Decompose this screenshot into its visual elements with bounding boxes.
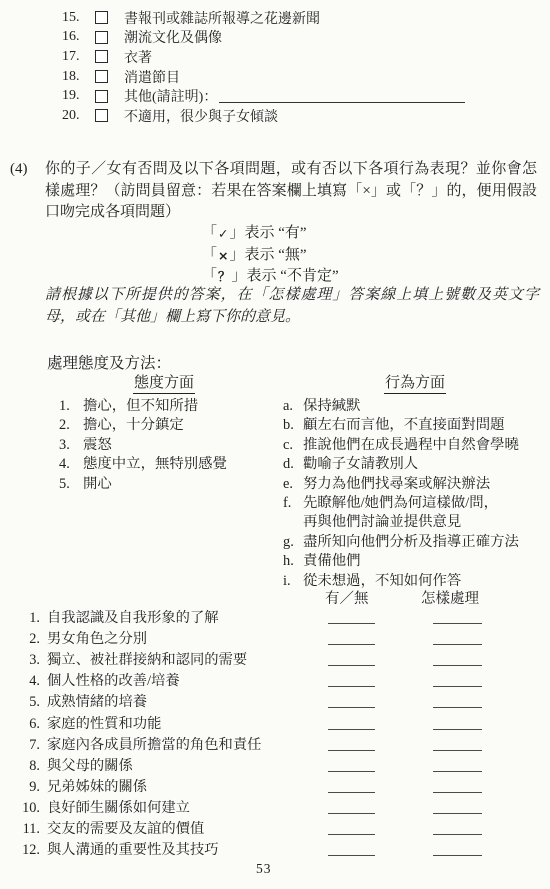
behaviour-item-continuation: 再與他們討論並提供意見 bbox=[283, 513, 547, 532]
item-text: 努力為他們找尋案或解決辦法 bbox=[303, 475, 547, 494]
item-text: 責備他們 bbox=[303, 552, 547, 571]
question-4: (4) 你的子／女有否問及以下各項問題，或有否以下各項行為表現？並你會怎樣處理？… bbox=[10, 159, 537, 224]
item-label: 書報刊或雜誌所報導之花邊新聞 bbox=[124, 8, 320, 28]
how-handle-blank[interactable] bbox=[433, 665, 482, 666]
item-text: 再與他們討論並提供意見 bbox=[303, 513, 547, 532]
answer-row: 7.家庭內各成員所擔當的角色和責任 bbox=[10, 733, 540, 754]
answer-row: 11.交友的需要及友誼的價值 bbox=[10, 817, 540, 838]
item-letter: h. bbox=[283, 552, 303, 571]
attitude-item: 5.開心 bbox=[45, 475, 283, 494]
legend-cross: 「×」表示 “無” bbox=[202, 245, 339, 267]
behaviour-item: f.先瞭解他/她們為何這樣做/問， bbox=[283, 494, 547, 513]
row-label: 自我認識及自我形象的了解 bbox=[47, 607, 219, 627]
yes-no-blank[interactable] bbox=[328, 792, 375, 793]
row-label: 良好師生關係如何建立 bbox=[47, 797, 190, 817]
item-text: 擔心，十分鎮定 bbox=[83, 416, 184, 435]
answer-row: 1.自我認識及自我形象的了解 bbox=[10, 606, 540, 627]
row-number: 1. bbox=[10, 610, 40, 627]
legend-text: 」表示 “無” bbox=[230, 245, 307, 267]
item-number: 2. bbox=[59, 416, 83, 435]
item-text: 先瞭解他/她們為何這樣做/問， bbox=[303, 494, 547, 513]
item-number: 3. bbox=[59, 436, 83, 455]
row-label: 成熟情緒的培養 bbox=[47, 691, 147, 711]
row-label: 個人性格的改善/培養 bbox=[47, 670, 180, 690]
legend-check: 「✓」表示 “有” bbox=[202, 223, 339, 245]
item-text: 震怒 bbox=[83, 436, 112, 455]
check-icon: ✓ bbox=[217, 223, 229, 245]
behaviour-item: d.勸喻子女請教別人 bbox=[283, 455, 547, 474]
item-text: 勸喻子女請教別人 bbox=[303, 455, 547, 474]
how-handle-blank[interactable] bbox=[433, 813, 482, 814]
row-label: 獨立、被社群接納和認同的需要 bbox=[47, 649, 247, 669]
attitude-item: 3.震怒 bbox=[45, 436, 283, 455]
topic-item-15: 15. 書報刊或雜誌所報導之花邊新聞 bbox=[62, 8, 465, 28]
col-header-yes-no: 有／無 bbox=[325, 587, 369, 608]
row-number: 2. bbox=[10, 631, 40, 648]
item-number: 5. bbox=[59, 475, 83, 494]
row-label: 與人溝通的重要性及其技巧 bbox=[47, 839, 219, 859]
row-label: 男女角色之分別 bbox=[47, 628, 147, 648]
topic-item-17: 17. 衣著 bbox=[62, 47, 465, 67]
item-number: 17. bbox=[62, 49, 89, 65]
answer-table: 有／無 怎樣處理 1.自我認識及自我形象的了解 2.男女角色之分別 3.獨立、被… bbox=[10, 585, 540, 859]
yes-no-blank[interactable] bbox=[328, 855, 375, 856]
row-label: 與父母的關係 bbox=[47, 755, 133, 775]
item-number: 20. bbox=[62, 108, 89, 124]
row-number: 3. bbox=[10, 652, 40, 669]
behaviour-item: a.保持緘默 bbox=[283, 397, 547, 416]
fill-in-instruction: 請根據以下所提供的答案，在「怎樣處理」答案線上填上號數及英文字母，或在「其他」欄… bbox=[45, 284, 539, 328]
cross-icon: × bbox=[217, 245, 229, 267]
yes-no-blank[interactable] bbox=[328, 623, 375, 624]
checkbox-topic-19[interactable] bbox=[95, 90, 108, 103]
row-label: 交友的需要及友誼的價值 bbox=[47, 818, 204, 838]
row-number: 11. bbox=[10, 821, 40, 838]
checkbox-topic-16[interactable] bbox=[95, 31, 108, 44]
topic-item-19: 19. 其他(請註明)： bbox=[62, 86, 465, 106]
yes-no-blank[interactable] bbox=[328, 771, 375, 772]
bracket-open: 「 bbox=[202, 223, 217, 245]
attitude-item: 2.擔心，十分鎮定 bbox=[45, 416, 283, 435]
attitude-header: 態度方面 bbox=[133, 371, 195, 394]
how-handle-blank[interactable] bbox=[433, 750, 482, 751]
how-handle-blank[interactable] bbox=[433, 792, 482, 793]
how-handle-blank[interactable] bbox=[433, 729, 482, 730]
answer-row: 8.與父母的關係 bbox=[10, 754, 540, 775]
item-number: 18. bbox=[62, 69, 89, 85]
item-label: 不適用，很少與子女傾談 bbox=[124, 106, 278, 126]
legend-text: 」表示 “有” bbox=[230, 223, 307, 245]
row-number: 10. bbox=[10, 800, 40, 817]
yes-no-blank[interactable] bbox=[328, 644, 375, 645]
item-text: 開心 bbox=[83, 475, 112, 494]
attitude-item: 4.態度中立，無特別感覺 bbox=[45, 455, 283, 474]
topic-checkbox-list: 15. 書報刊或雜誌所報導之花邊新聞 16. 潮流文化及偶像 17. 衣著 18… bbox=[62, 8, 465, 126]
yes-no-blank[interactable] bbox=[328, 707, 375, 708]
behaviour-column: 行為方面 a.保持緘默 b.顧左右而言他，不直接面對問題 c.推說他們在成長過程… bbox=[283, 371, 547, 591]
row-label: 家庭內各成員所擔當的角色和責任 bbox=[47, 734, 261, 754]
item-letter: c. bbox=[283, 436, 303, 455]
yes-no-blank[interactable] bbox=[328, 834, 375, 835]
topic-item-18: 18. 消遣節目 bbox=[62, 67, 465, 87]
row-number: 12. bbox=[10, 842, 40, 859]
item-number: 19. bbox=[62, 88, 89, 104]
answer-row: 3.獨立、被社群接納和認同的需要 bbox=[10, 648, 540, 669]
item-label: 衣著 bbox=[124, 47, 152, 67]
item-text: 盡所知向他們分析及指導正確方法 bbox=[303, 533, 547, 552]
item-number: 15. bbox=[62, 10, 89, 26]
answer-table-header: 有／無 怎樣處理 bbox=[10, 585, 540, 606]
behaviour-item: e.努力為他們找尋案或解決辦法 bbox=[283, 475, 547, 494]
item-letter: a. bbox=[283, 397, 303, 416]
behaviour-header: 行為方面 bbox=[384, 371, 446, 394]
item-letter: e. bbox=[283, 475, 303, 494]
item-number: 16. bbox=[62, 29, 89, 45]
row-number: 8. bbox=[10, 758, 40, 775]
row-label: 家庭的性質和功能 bbox=[47, 713, 161, 733]
attitude-item: 1.擔心，但不知所措 bbox=[45, 397, 283, 416]
how-handle-blank[interactable] bbox=[433, 771, 482, 772]
item-letter bbox=[283, 513, 303, 532]
other-specify-line[interactable] bbox=[219, 89, 465, 103]
answer-row: 5.成熟情緒的培養 bbox=[10, 690, 540, 711]
methods-title: 處理態度及方法： bbox=[47, 351, 171, 373]
answer-row: 9.兄弟姊妹的關係 bbox=[10, 775, 540, 796]
behaviour-item: b.顧左右而言他，不直接面對問題 bbox=[283, 416, 547, 435]
how-handle-blank[interactable] bbox=[433, 834, 482, 835]
item-number: 4. bbox=[59, 455, 83, 474]
topic-item-16: 16. 潮流文化及偶像 bbox=[62, 28, 465, 48]
checkbox-topic-18[interactable] bbox=[95, 70, 108, 83]
col-header-how-handle: 怎樣處理 bbox=[421, 587, 479, 608]
how-handle-blank[interactable] bbox=[433, 644, 482, 645]
yes-no-blank[interactable] bbox=[328, 686, 375, 687]
bracket-open: 「 bbox=[202, 245, 217, 267]
item-letter: f. bbox=[283, 494, 303, 513]
behaviour-item: c.推說他們在成長過程中自然會學曉 bbox=[283, 436, 547, 455]
answer-row: 10.良好師生關係如何建立 bbox=[10, 796, 540, 817]
row-number: 4. bbox=[10, 673, 40, 690]
scanned-questionnaire-page: 15. 書報刊或雜誌所報導之花邊新聞 16. 潮流文化及偶像 17. 衣著 18… bbox=[0, 0, 550, 889]
row-number: 5. bbox=[10, 694, 40, 711]
behaviour-item: g.盡所知向他們分析及指導正確方法 bbox=[283, 533, 547, 552]
item-text: 態度中立，無特別感覺 bbox=[83, 455, 227, 474]
item-text: 擔心，但不知所措 bbox=[83, 397, 198, 416]
row-label: 兄弟姊妹的關係 bbox=[47, 776, 147, 796]
answer-row: 6.家庭的性質和功能 bbox=[10, 711, 540, 732]
item-number: 1. bbox=[59, 397, 83, 416]
item-letter: g. bbox=[283, 533, 303, 552]
item-label: 其他(請註明)： bbox=[124, 86, 217, 106]
yes-no-blank[interactable] bbox=[328, 750, 375, 751]
item-letter: d. bbox=[283, 455, 303, 474]
how-handle-blank[interactable] bbox=[433, 686, 482, 687]
yes-no-blank[interactable] bbox=[328, 665, 375, 666]
row-number: 7. bbox=[10, 737, 40, 754]
answer-row: 2.男女角色之分別 bbox=[10, 627, 540, 648]
item-text: 顧左右而言他，不直接面對問題 bbox=[303, 416, 547, 435]
row-number: 6. bbox=[10, 716, 40, 733]
question-number: (4) bbox=[10, 159, 45, 224]
item-letter: b. bbox=[283, 416, 303, 435]
checkbox-topic-15[interactable] bbox=[95, 11, 108, 24]
how-handle-blank[interactable] bbox=[433, 623, 482, 624]
row-number: 9. bbox=[10, 779, 40, 796]
page-number: 53 bbox=[256, 861, 272, 877]
checkbox-topic-20[interactable] bbox=[95, 109, 108, 122]
answer-row: 12.與人溝通的重要性及其技巧 bbox=[10, 838, 540, 859]
topic-item-20: 20. 不適用，很少與子女傾談 bbox=[62, 106, 465, 126]
how-handle-blank[interactable] bbox=[433, 855, 482, 856]
answer-row: 4.個人性格的改善/培養 bbox=[10, 669, 540, 690]
attitude-column: 態度方面 1.擔心，但不知所措 2.擔心，十分鎮定 3.震怒 4.態度中立，無特… bbox=[45, 371, 283, 494]
yes-no-blank[interactable] bbox=[328, 729, 375, 730]
behaviour-item: h.責備他們 bbox=[283, 552, 547, 571]
item-text: 保持緘默 bbox=[303, 397, 547, 416]
checkbox-topic-17[interactable] bbox=[95, 50, 108, 63]
item-text: 推說他們在成長過程中自然會學曉 bbox=[303, 436, 547, 455]
question-text: 你的子／女有否問及以下各項問題，或有否以下各項行為表現？並你會怎樣處理？（訪問員… bbox=[45, 159, 537, 224]
item-label: 消遣節目 bbox=[124, 67, 180, 87]
item-label: 潮流文化及偶像 bbox=[124, 27, 222, 47]
how-handle-blank[interactable] bbox=[433, 707, 482, 708]
symbol-legend: 「✓」表示 “有” 「×」表示 “無” 「？」表示 “不肯定” bbox=[202, 223, 339, 288]
yes-no-blank[interactable] bbox=[328, 813, 375, 814]
